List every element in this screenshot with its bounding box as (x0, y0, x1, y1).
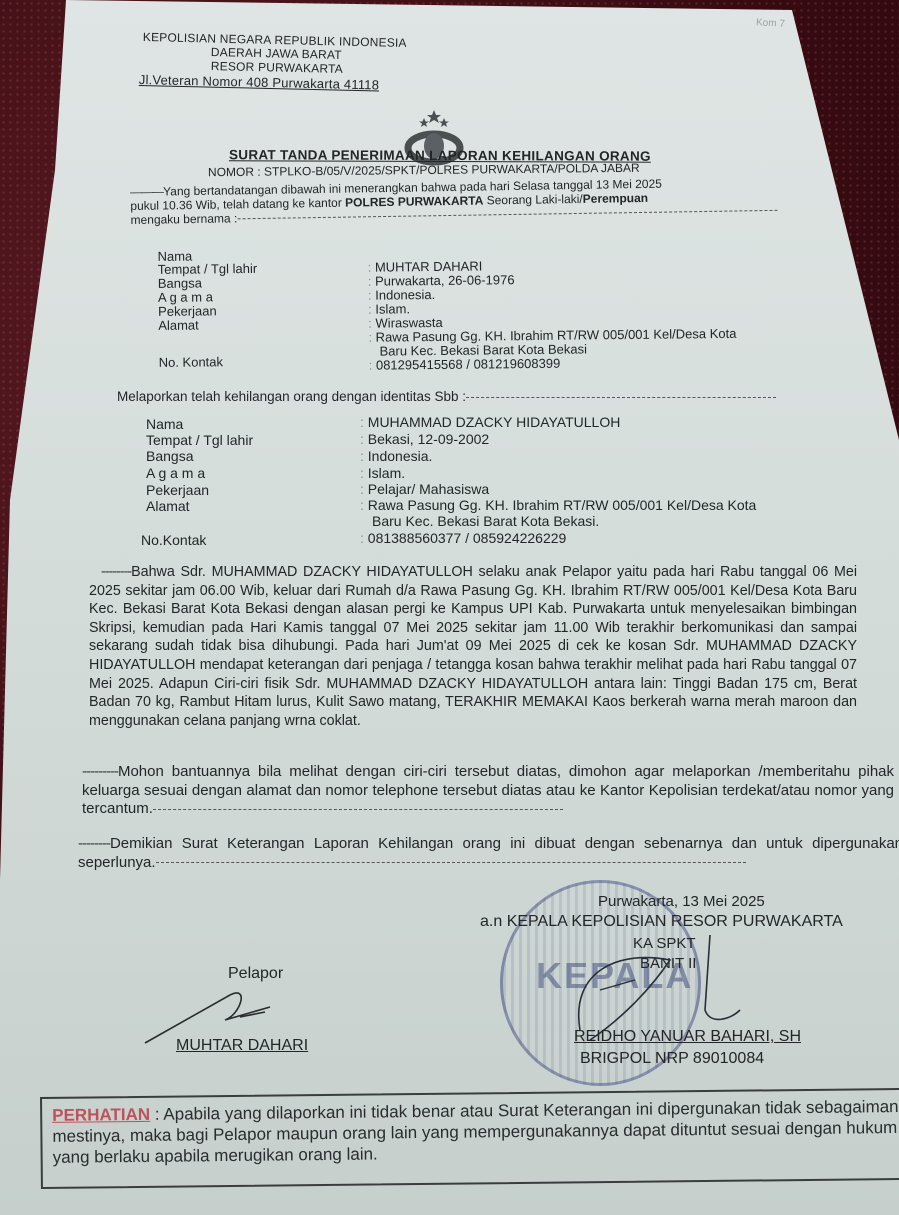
closing-paragraph: --------Demikian Surat Keterangan Lapora… (78, 835, 899, 872)
missing-bangsa: Indonesia. (360, 448, 432, 464)
closing-text: Demikian Surat Keterangan Laporan Kehila… (78, 835, 899, 871)
request-paragraph: ---------Mohon bantuannya bila melihat d… (82, 763, 894, 819)
narrative-text: Bahwa Sdr. MUHAMMAD DZACKY HIDAYATULLOH … (89, 564, 857, 729)
missing-label-bangsa: Bangsa (146, 448, 193, 464)
missing-kontak: 081388560377 / 085924226229 (360, 530, 566, 546)
sign-place-date: Purwakarta, 13 Mei 2025 (598, 893, 765, 910)
missing-label-pekerjaan: Pekerjaan (146, 482, 209, 498)
warning-label: PERHATIAN (52, 1105, 150, 1125)
narrative-paragraph: --------Bahwa Sdr. MUHAMMAD DZACKY HIDAY… (89, 563, 857, 730)
missing-nama: MUHAMMAD DZACKY HIDAYATULLOH (360, 414, 620, 430)
missing-agama: Islam. (360, 465, 405, 481)
missing-alamat-2: Baru Kec. Bekasi Barat Kota Bekasi. (372, 513, 599, 529)
warning-box: PERHATIAN : Apabila yang dilaporkan ini … (40, 1088, 899, 1189)
missing-person-identity: Nama Tempat / Tgl lahir Bangsa A g a m a… (0, 0, 899, 560)
reporter-signature-icon (140, 985, 340, 1045)
officer-rank-nrp: BRIGPOL NRP 89010084 (580, 1050, 764, 1068)
missing-label-ttl: Tempat / Tgl lahir (146, 432, 253, 448)
reporter-role: Pelapor (228, 965, 283, 983)
reporter-signature-name: MUHTAR DAHARI (176, 1037, 308, 1055)
missing-ttl: Bekasi, 12-09-2002 (360, 431, 489, 447)
sign-on-behalf: a.n KEPALA KEPOLISIAN RESOR PURWAKARTA (480, 913, 843, 931)
missing-label-nama: Nama (146, 416, 183, 432)
warning-text: : Apabila yang dilaporkan ini tidak bena… (52, 1097, 899, 1167)
missing-label-agama: A g a m a (146, 465, 205, 481)
missing-pekerjaan: Pelajar/ Mahasiswa (360, 481, 489, 497)
missing-alamat-1: Rawa Pasung Gg. KH. Ibrahim RT/RW 005/00… (360, 497, 756, 513)
missing-label-kontak: No.Kontak (141, 532, 206, 548)
officer-name: REIDHO YANUAR BAHARI, SH (574, 1028, 801, 1046)
missing-label-alamat: Alamat (146, 498, 190, 514)
